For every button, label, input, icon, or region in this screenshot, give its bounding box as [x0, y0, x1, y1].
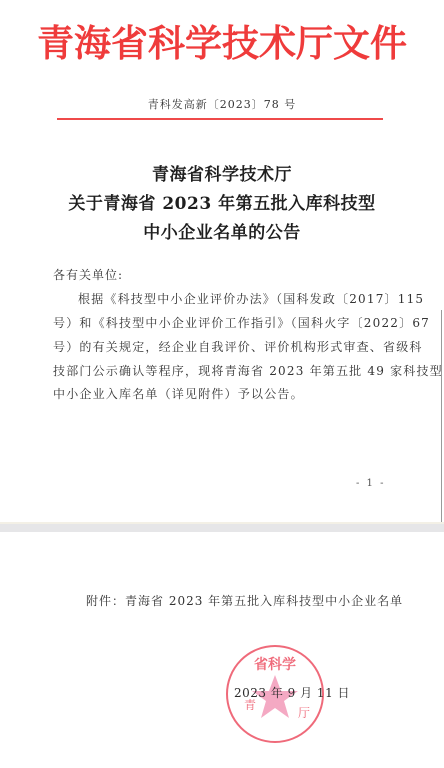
body-line: 根据《科技型中小企业评价办法》（国科发政〔2017〕115	[78, 290, 413, 307]
document-page-2	[0, 532, 444, 768]
document-number: 青科发高新〔2023〕78 号	[0, 96, 444, 112]
title-line-3: 中小企业名单的公告	[0, 218, 444, 243]
title-line-2: 关于青海省 2023 年第五批入库科技型	[0, 189, 444, 214]
document-page-1: 青海省科学技术厅文件 青科发高新〔2023〕78 号 青海省科学技术厅 关于青海…	[0, 0, 444, 522]
svg-text:省科学: 省科学	[254, 656, 296, 673]
page-separator	[0, 524, 444, 532]
salutation: 各有关单位:	[53, 266, 123, 283]
body-line: 号）和《科技型中小企业评价工作指引》（国科火字〔2022〕67	[53, 314, 388, 331]
issue-date: 2023 年 9 月 11 日	[234, 684, 350, 701]
red-divider	[57, 118, 383, 120]
body-line: 技部门公示确认等程序，现将青海省 2023 年第五批 49 家科技型	[53, 362, 388, 379]
body-line: 中小企业入库名单（详见附件）予以公告。	[53, 385, 388, 402]
svg-text:厅: 厅	[298, 706, 310, 720]
page-edge	[441, 310, 442, 522]
body-line: 号）的有关规定，经企业自我评价、评价机构形式审查、省级科	[53, 338, 388, 355]
masthead-title: 青海省科学技术厅文件	[0, 18, 444, 68]
title-line-1: 青海省科学技术厅	[0, 160, 444, 185]
attachment-note: 附件：青海省 2023 年第五批入库科技型中小企业名单	[86, 592, 403, 609]
page-number: - 1 -	[356, 478, 385, 489]
